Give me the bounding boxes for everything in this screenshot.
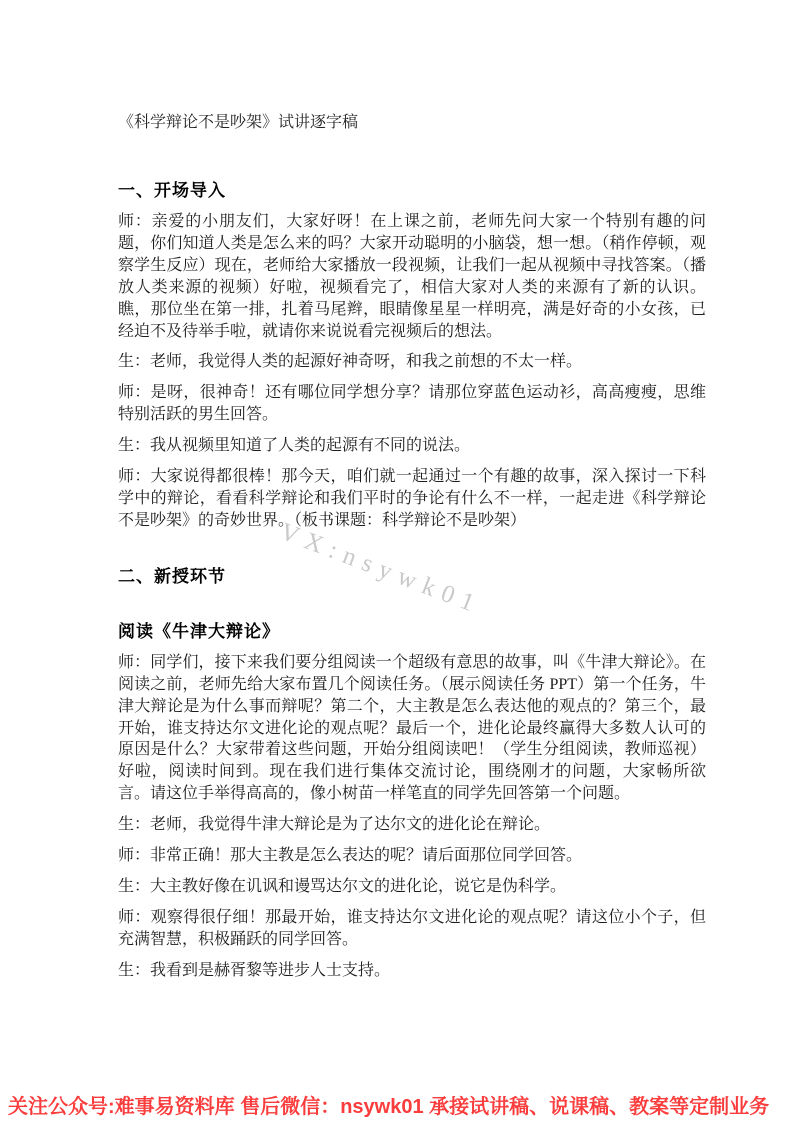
dialogue-paragraph-student-5: 生：我看到是赫胥黎等进步人士支持。	[118, 960, 706, 982]
dialogue-paragraph-student-4: 生：大主教好像在讥讽和谩骂达尔文的进化论，说它是伪科学。	[118, 876, 706, 898]
subsection-heading-reading: 阅读《牛津大辩论》	[118, 621, 706, 643]
document-page: 《科学辩论不是吵架》试讲逐字稿 一、开场导入 师：亲爱的小朋友们，大家好呀！在上…	[0, 0, 793, 1122]
dialogue-paragraph-teacher-intro: 师：亲爱的小朋友们，大家好呀！在上课之前，老师先问大家一个特别有趣的问题，你们知…	[118, 211, 706, 342]
section-heading-new-lesson: 二、新授环节	[118, 566, 706, 588]
document-title: 《科学辩论不是吵架》试讲逐字稿	[118, 112, 706, 134]
dialogue-paragraph-teacher-3: 师：大家说得都很棒！那今天，咱们就一起通过一个有趣的故事，深入探讨一下科学中的辩…	[118, 466, 706, 532]
dialogue-paragraph-teacher-reading-task: 师：同学们，接下来我们要分组阅读一个超级有意思的故事，叫《牛津大辩论》。在阅读之…	[118, 652, 706, 805]
dialogue-paragraph-teacher-2: 师：是呀，很神奇！还有哪位同学想分享？请那位穿蓝色运动衫，高高瘦瘦，思维特别活跃…	[118, 382, 706, 426]
dialogue-paragraph-student-2: 生：我从视频里知道了人类的起源有不同的说法。	[118, 435, 706, 457]
footer-promo-banner: 关注公众号:难事易资料库 售后微信：nsywk01 承接试讲稿、说课稿、教案等定…	[0, 1094, 793, 1121]
dialogue-paragraph-student-3: 生：老师，我觉得牛津大辩论是为了达尔文的进化论在辩论。	[118, 814, 706, 836]
document-body: 《科学辩论不是吵架》试讲逐字稿 一、开场导入 师：亲爱的小朋友们，大家好呀！在上…	[118, 112, 706, 991]
dialogue-paragraph-teacher-4: 师：非常正确！那大主教是怎么表达的呢？请后面那位同学回答。	[118, 845, 706, 867]
dialogue-paragraph-teacher-5: 师：观察得很仔细！那最开始，谁支持达尔文进化论的观点呢？请这位小个子，但充满智慧…	[118, 907, 706, 951]
section-heading-opening: 一、开场导入	[118, 180, 706, 202]
dialogue-paragraph-student-1: 生：老师，我觉得人类的起源好神奇呀，和我之前想的不太一样。	[118, 351, 706, 373]
